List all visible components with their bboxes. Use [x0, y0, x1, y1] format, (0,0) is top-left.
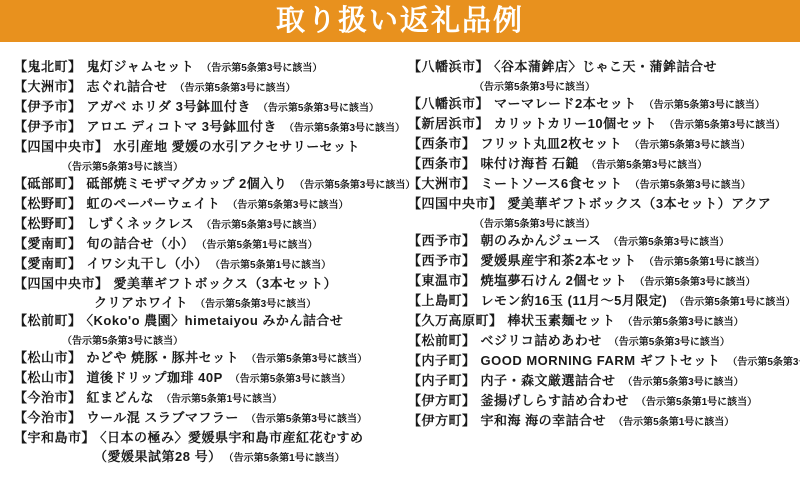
gift-item: 【伊方町】宇和海 海の幸詰合せ（告示第5条第1号に該当）	[408, 411, 796, 431]
gift-item-line: 【新居浜市】カリットカリー10個セット（告示第5条第3号に該当）	[408, 114, 796, 134]
gift-name: 砥部焼ミモザマグカップ 2個入り	[87, 176, 288, 191]
gift-item: 【宇和島市】〈日本の極み〉愛媛県宇和島市産紅花むすめ（愛媛果試第28 号）（告示…	[14, 428, 402, 465]
gift-name: カリットカリー10個セット	[494, 116, 657, 131]
gift-item-continuation-line: （愛媛果試第28 号）（告示第5条第1号に該当）	[14, 448, 402, 465]
municipality-label: 【今治市】	[14, 410, 82, 425]
notice-annotation: （告示第5条第3号に該当）	[727, 357, 800, 368]
gift-name: 志ぐれ詰合せ	[87, 79, 168, 94]
gift-item-line: 【八幡浜市】〈谷本蒲鉾店〉じゃこ天・蒲鉾詰合せ	[408, 57, 796, 77]
gift-list-column-left: 【鬼北町】鬼灯ジャムセット（告示第5条第3号に該当）【大洲市】志ぐれ詰合せ（告示…	[14, 57, 402, 465]
municipality-label: 【上島町】	[408, 293, 476, 308]
municipality-label: 【内子町】	[408, 353, 476, 368]
notice-annotation: （告示第5条第3号に該当）	[246, 354, 367, 365]
gift-item-line: 【西条市】味付け海苔 石鎚（告示第5条第3号に該当）	[408, 154, 796, 174]
gift-item-line: 【宇和島市】〈日本の極み〉愛媛県宇和島市産紅花むすめ	[14, 428, 402, 448]
gift-name: 道後ドリップ珈琲 40P	[87, 370, 223, 385]
gift-name: 水引産地 愛媛の水引アクセサリーセット	[114, 139, 360, 154]
gift-item-line: 【愛南町】イワシ丸干し（小）（告示第5条第1号に該当）	[14, 254, 402, 274]
gift-name: 内子・森文厳選詰合せ	[481, 373, 616, 388]
gift-item-line: 【松前町】〈Koko'o 農園〉himetaiyou みかん詰合せ	[14, 311, 402, 331]
gift-name: マーマレード2本セット	[494, 96, 637, 111]
notice-annotation: （告示第5条第3号に該当）	[608, 237, 729, 248]
gift-name: 愛美華ギフトボックス（3本セット）アクア	[508, 196, 772, 211]
gift-item: 【西条市】味付け海苔 石鎚（告示第5条第3号に該当）	[408, 154, 796, 174]
page-title: 取り扱い返礼品例	[276, 7, 524, 36]
municipality-label: 【砥部町】	[14, 176, 82, 191]
municipality-label: 【今治市】	[14, 390, 82, 405]
gift-item-line: 【内子町】内子・森文厳選詰合せ（告示第5条第3号に該当）	[408, 371, 796, 391]
municipality-label: 【鬼北町】	[14, 59, 82, 74]
gift-name: レモン約16玉 (11月～5月限定)	[481, 293, 668, 308]
gift-item: 【四国中央市】愛美華ギフトボックス（3本セット）クリアホワイト（告示第5条第3号…	[14, 274, 402, 311]
gift-item-line: 【四国中央市】水引産地 愛媛の水引アクセサリーセット	[14, 137, 402, 157]
notice-annotation: （告示第5条第3号に該当）	[258, 103, 379, 114]
gift-item-line: 【四国中央市】愛美華ギフトボックス（3本セット）	[14, 274, 402, 294]
notice-annotation: （告示第5条第1号に該当）	[674, 297, 795, 308]
page: 取り扱い返礼品例 【鬼北町】鬼灯ジャムセット（告示第5条第3号に該当）【大洲市】…	[0, 0, 800, 495]
gift-name: 虹のペーパーウェイト	[87, 196, 221, 211]
gift-item: 【内子町】内子・森文厳選詰合せ（告示第5条第3号に該当）	[408, 371, 796, 391]
municipality-label: 【松野町】	[14, 196, 82, 211]
municipality-label: 【大洲市】	[14, 79, 82, 94]
gift-name: ミートソース6食セット	[481, 176, 623, 191]
notice-annotation: （告示第5条第3号に該当）	[609, 337, 730, 348]
notice-annotation: （告示第5条第3号に該当）	[230, 374, 351, 385]
notice-annotation: （告示第5条第3号に該当）	[284, 123, 405, 134]
notice-annotation: （告示第5条第3号に該当）	[195, 299, 316, 310]
gift-item: 【八幡浜市】〈谷本蒲鉾店〉じゃこ天・蒲鉾詰合せ（告示第5条第3号に該当）	[408, 57, 796, 94]
gift-name: ベジリコ詰めあわせ	[481, 333, 602, 348]
gift-item: 【愛南町】イワシ丸干し（小）（告示第5条第1号に該当）	[14, 254, 402, 274]
gift-item-line: 【松山市】かどや 焼豚・豚丼セット（告示第5条第3号に該当）	[14, 348, 402, 368]
gift-name: 〈日本の極み〉愛媛県宇和島市産紅花むすめ	[100, 430, 364, 445]
gift-item-line: 【大洲市】ミートソース6食セット（告示第5条第3号に該当）	[408, 174, 796, 194]
gift-item: 【松山市】道後ドリップ珈琲 40P（告示第5条第3号に該当）	[14, 368, 402, 388]
notice-annotation: （告示第5条第1号に該当）	[215, 260, 331, 271]
gift-name: かどや 焼豚・豚丼セット	[87, 350, 240, 365]
notice-annotation: （告示第5条第3号に該当）	[474, 219, 595, 230]
gift-item: 【松野町】しずくネックレス（告示第5条第3号に該当）	[14, 214, 402, 234]
gift-name: 棒状玉素麺セット	[508, 313, 616, 328]
municipality-label: 【四国中央市】	[14, 276, 109, 291]
notice-annotation: （告示第5条第3号に該当）	[201, 220, 322, 231]
municipality-label: 【西条市】	[408, 156, 476, 171]
notice-annotation: （告示第5条第1号に該当）	[229, 453, 345, 464]
gift-name: 愛媛県産宇和茶2本セット	[481, 253, 637, 268]
gift-name: 〈Koko'o 農園〉himetaiyou みかん詰合せ	[87, 313, 344, 328]
municipality-label: 【愛南町】	[14, 236, 82, 251]
title-bar: 取り扱い返礼品例	[0, 0, 800, 42]
gift-item-line: 【伊方町】釜揚げしらす詰め合わせ（告示第5条第1号に該当）	[408, 391, 796, 411]
gift-item: 【新居浜市】カリットカリー10個セット（告示第5条第3号に該当）	[408, 114, 796, 134]
gift-name: フリット丸皿2枚セット	[481, 136, 623, 151]
notice-annotation: （告示第5条第1号に該当）	[644, 257, 765, 268]
notice-annotation: （告示第5条第3号に該当）	[586, 160, 707, 171]
gift-item: 【伊予市】アロエ ディコトマ 3号鉢皿付き（告示第5条第3号に該当）	[14, 117, 402, 137]
municipality-label: 【内子町】	[408, 373, 476, 388]
gift-name: アガベ ホリダ 3号鉢皿付き	[87, 99, 251, 114]
gift-item: 【愛南町】旬の詰合せ（小）（告示第5条第1号に該当）	[14, 234, 402, 254]
gift-item: 【伊予市】アガベ ホリダ 3号鉢皿付き（告示第5条第3号に該当）	[14, 97, 402, 117]
gift-item-line: 【松野町】しずくネックレス（告示第5条第3号に該当）	[14, 214, 402, 234]
gift-item-continuation-line: （告示第5条第3号に該当）	[14, 157, 402, 174]
gift-item: 【西条市】フリット丸皿2枚セット（告示第5条第3号に該当）	[408, 134, 796, 154]
notice-annotation: （告示第5条第3号に該当）	[644, 100, 765, 111]
notice-annotation: （告示第5条第3号に該当）	[634, 277, 755, 288]
notice-annotation: （告示第5条第3号に該当）	[62, 162, 183, 173]
municipality-label: 【伊予市】	[14, 119, 82, 134]
gift-name: しずくネックレス	[87, 216, 195, 231]
gift-item: 【大洲市】志ぐれ詰合せ（告示第5条第3号に該当）	[14, 77, 402, 97]
gift-item-line: 【今治市】ウール混 スラブマフラー（告示第5条第3号に該当）	[14, 408, 402, 428]
notice-annotation: （告示第5条第1号に該当）	[613, 417, 734, 428]
gift-item-continuation-line: クリアホワイト（告示第5条第3号に該当）	[14, 294, 402, 311]
gift-item: 【今治市】ウール混 スラブマフラー（告示第5条第3号に該当）	[14, 408, 402, 428]
gift-item-line: 【八幡浜市】マーマレード2本セット（告示第5条第3号に該当）	[408, 94, 796, 114]
notice-annotation: （告示第5条第3号に該当）	[474, 82, 595, 93]
gift-item: 【八幡浜市】マーマレード2本セット（告示第5条第3号に該当）	[408, 94, 796, 114]
gift-name: 釜揚げしらす詰め合わせ	[481, 393, 630, 408]
gift-item-line: 【東温市】焼塩夢石けん 2個セット（告示第5条第3号に該当）	[408, 271, 796, 291]
gift-name: 鬼灯ジャムセット	[87, 59, 195, 74]
gift-name: 焼塩夢石けん 2個セット	[481, 273, 628, 288]
gift-item: 【上島町】レモン約16玉 (11月～5月限定)（告示第5条第1号に該当）	[408, 291, 796, 311]
notice-annotation: （告示第5条第3号に該当）	[623, 317, 744, 328]
notice-annotation: （告示第5条第3号に該当）	[175, 83, 296, 94]
gift-item-line: 【松前町】ベジリコ詰めあわせ（告示第5条第3号に該当）	[408, 331, 796, 351]
municipality-label: 【東温市】	[408, 273, 476, 288]
notice-annotation: （告示第5条第1号に該当）	[636, 397, 757, 408]
notice-annotation: （告示第5条第3号に該当）	[62, 336, 183, 347]
gift-item: 【久万高原町】棒状玉素麺セット（告示第5条第3号に該当）	[408, 311, 796, 331]
gift-item-line: 【砥部町】砥部焼ミモザマグカップ 2個入り（告示第5条第3号に該当）	[14, 174, 402, 194]
municipality-label: 【西条市】	[408, 136, 476, 151]
municipality-label: 【四国中央市】	[408, 196, 503, 211]
municipality-label: 【八幡浜市】	[408, 59, 489, 74]
gift-item-line: 【伊予市】アロエ ディコトマ 3号鉢皿付き（告示第5条第3号に該当）	[14, 117, 402, 137]
notice-annotation: （告示第5条第1号に該当）	[202, 240, 318, 251]
gift-item: 【砥部町】砥部焼ミモザマグカップ 2個入り（告示第5条第3号に該当）	[14, 174, 402, 194]
municipality-label: 【松山市】	[14, 350, 82, 365]
municipality-label: 【西予市】	[408, 253, 476, 268]
gift-item: 【東温市】焼塩夢石けん 2個セット（告示第5条第3号に該当）	[408, 271, 796, 291]
gift-item: 【松山市】かどや 焼豚・豚丼セット（告示第5条第3号に該当）	[14, 348, 402, 368]
gift-item: 【鬼北町】鬼灯ジャムセット（告示第5条第3号に該当）	[14, 57, 402, 77]
gift-name-continued: クリアホワイト	[94, 295, 188, 310]
gift-name: 〈谷本蒲鉾店〉じゃこ天・蒲鉾詰合せ	[494, 59, 717, 74]
notice-annotation: （告示第5条第3号に該当）	[629, 140, 750, 151]
gift-item: 【松野町】虹のペーパーウェイト（告示第5条第3号に該当）	[14, 194, 402, 214]
municipality-label: 【宇和島市】	[14, 430, 95, 445]
municipality-label: 【新居浜市】	[408, 116, 489, 131]
gift-item: 【四国中央市】愛美華ギフトボックス（3本セット）アクア（告示第5条第3号に該当）	[408, 194, 796, 231]
gift-item: 【四国中央市】水引産地 愛媛の水引アクセサリーセット（告示第5条第3号に該当）	[14, 137, 402, 174]
municipality-label: 【大洲市】	[408, 176, 476, 191]
municipality-label: 【伊予市】	[14, 99, 82, 114]
gift-name: 朝のみかんジュース	[481, 233, 602, 248]
gift-item-line: 【伊方町】宇和海 海の幸詰合せ（告示第5条第1号に該当）	[408, 411, 796, 431]
municipality-label: 【伊方町】	[408, 413, 476, 428]
notice-annotation: （告示第5条第3号に該当）	[227, 200, 348, 211]
gift-item-continuation-line: （告示第5条第3号に該当）	[408, 77, 796, 94]
gift-list-column-right: 【八幡浜市】〈谷本蒲鉾店〉じゃこ天・蒲鉾詰合せ（告示第5条第3号に該当）【八幡浜…	[408, 57, 796, 431]
municipality-label: 【松野町】	[14, 216, 82, 231]
gift-name: 紅まどんな	[87, 390, 155, 405]
municipality-label: 【西予市】	[408, 233, 476, 248]
gift-item-line: 【伊予市】アガベ ホリダ 3号鉢皿付き（告示第5条第3号に該当）	[14, 97, 402, 117]
gift-item-line: 【久万高原町】棒状玉素麺セット（告示第5条第3号に該当）	[408, 311, 796, 331]
gift-item-line: 【西予市】朝のみかんジュース（告示第5条第3号に該当）	[408, 231, 796, 251]
gift-name: イワシ丸干し（小）	[87, 256, 209, 271]
gift-item: 【松前町】〈Koko'o 農園〉himetaiyou みかん詰合せ（告示第5条第…	[14, 311, 402, 348]
gift-name-continued: （愛媛果試第28 号）	[94, 449, 222, 464]
gift-item: 【松前町】ベジリコ詰めあわせ（告示第5条第3号に該当）	[408, 331, 796, 351]
gift-item-line: 【鬼北町】鬼灯ジャムセット（告示第5条第3号に該当）	[14, 57, 402, 77]
gift-item: 【西予市】朝のみかんジュース（告示第5条第3号に該当）	[408, 231, 796, 251]
gift-name: 旬の詰合せ（小）	[87, 236, 195, 251]
gift-item-line: 【大洲市】志ぐれ詰合せ（告示第5条第3号に該当）	[14, 77, 402, 97]
gift-name: 宇和海 海の幸詰合せ	[481, 413, 607, 428]
notice-annotation: （告示第5条第3号に該当）	[664, 120, 785, 131]
gift-name: ウール混 スラブマフラー	[87, 410, 239, 425]
municipality-label: 【久万高原町】	[408, 313, 503, 328]
gift-item-line: 【愛南町】旬の詰合せ（小）（告示第5条第1号に該当）	[14, 234, 402, 254]
gift-item-continuation-line: （告示第5条第3号に該当）	[14, 331, 402, 348]
gift-item-line: 【松野町】虹のペーパーウェイト（告示第5条第3号に該当）	[14, 194, 402, 214]
municipality-label: 【松山市】	[14, 370, 82, 385]
gift-item-line: 【松山市】道後ドリップ珈琲 40P（告示第5条第3号に該当）	[14, 368, 402, 388]
gift-item-line: 【内子町】GOOD MORNING FARM ギフトセット（告示第5条第3号に該…	[408, 351, 796, 371]
gift-item: 【内子町】GOOD MORNING FARM ギフトセット（告示第5条第3号に該…	[408, 351, 796, 371]
notice-annotation: （告示第5条第3号に該当）	[294, 180, 415, 191]
gift-name: 味付け海苔 石鎚	[481, 156, 580, 171]
gift-item: 【西予市】愛媛県産宇和茶2本セット（告示第5条第1号に該当）	[408, 251, 796, 271]
notice-annotation: （告示第5条第3号に該当）	[201, 63, 322, 74]
notice-annotation: （告示第5条第1号に該当）	[161, 394, 282, 405]
gift-item-line: 【四国中央市】愛美華ギフトボックス（3本セット）アクア	[408, 194, 796, 214]
municipality-label: 【愛南町】	[14, 256, 82, 271]
gift-item-line: 【西予市】愛媛県産宇和茶2本セット（告示第5条第1号に該当）	[408, 251, 796, 271]
gift-item-line: 【上島町】レモン約16玉 (11月～5月限定)（告示第5条第1号に該当）	[408, 291, 796, 311]
notice-annotation: （告示第5条第3号に該当）	[630, 180, 751, 191]
municipality-label: 【伊方町】	[408, 393, 476, 408]
municipality-label: 【四国中央市】	[14, 139, 109, 154]
gift-item: 【伊方町】釜揚げしらす詰め合わせ（告示第5条第1号に該当）	[408, 391, 796, 411]
notice-annotation: （告示第5条第3号に該当）	[246, 414, 367, 425]
gift-item: 【今治市】紅まどんな（告示第5条第1号に該当）	[14, 388, 402, 408]
gift-item-continuation-line: （告示第5条第3号に該当）	[408, 214, 796, 231]
gift-name: 愛美華ギフトボックス（3本セット）	[114, 276, 338, 291]
gift-item-line: 【今治市】紅まどんな（告示第5条第1号に該当）	[14, 388, 402, 408]
municipality-label: 【松前町】	[14, 313, 82, 328]
municipality-label: 【松前町】	[408, 333, 476, 348]
gift-name: GOOD MORNING FARM ギフトセット	[481, 353, 721, 368]
notice-annotation: （告示第5条第3号に該当）	[623, 377, 744, 388]
gift-item: 【大洲市】ミートソース6食セット（告示第5条第3号に該当）	[408, 174, 796, 194]
gift-name: アロエ ディコトマ 3号鉢皿付き	[87, 119, 277, 134]
municipality-label: 【八幡浜市】	[408, 96, 489, 111]
gift-item-line: 【西条市】フリット丸皿2枚セット（告示第5条第3号に該当）	[408, 134, 796, 154]
